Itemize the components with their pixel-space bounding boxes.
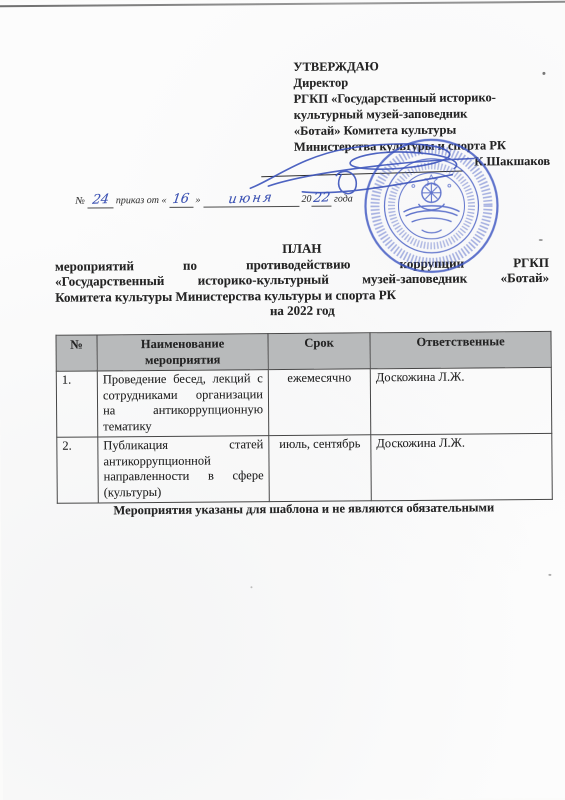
handwritten-order-number: 24 <box>91 195 109 206</box>
row-number-cell: 1. <box>56 371 98 437</box>
table-row: 1. Проведение бесед, лекций с сотрудника… <box>56 367 552 437</box>
scan-speck <box>542 72 545 75</box>
header-number: № <box>56 335 97 371</box>
scan-speck <box>548 574 551 576</box>
table-header-row: № Наименование мероприятия Срок Ответств… <box>56 331 551 371</box>
row-activity-cell: Проведение бесед, лекций с сотрудниками … <box>97 370 269 437</box>
header-term: Срок <box>268 333 370 370</box>
order-number-blank: 24 <box>87 195 113 208</box>
handwritten-day: 16 <box>172 194 190 205</box>
scan-speck <box>250 586 252 588</box>
document-page: УТВЕРЖДАЮ Директор РГКП «Государственный… <box>0 0 565 800</box>
row-number-cell: 2. <box>57 437 99 503</box>
row-responsible-cell: Доскожина Л.Ж. <box>371 433 553 500</box>
order-day-blank: 16 <box>169 195 193 208</box>
order-no-label: № <box>75 196 85 207</box>
scan-edge-line <box>0 1 565 8</box>
header-activity-name: Наименование мероприятия <box>97 334 268 371</box>
header-responsible: Ответственные <box>370 331 551 368</box>
table-row: 2. Публикация статей антикоррупционной н… <box>57 433 553 503</box>
order-middle-text: приказ от « <box>116 195 167 206</box>
scan-speck <box>539 239 543 241</box>
plan-table: № Наименование мероприятия Срок Ответств… <box>55 331 552 504</box>
row-activity-cell: Публикация статей антикоррупционной напр… <box>98 436 270 503</box>
row-term-cell: июль, сентябрь <box>269 435 372 502</box>
row-responsible-cell: Доскожина Л.Ж. <box>370 367 552 434</box>
template-footnote: Мероприятия указаны для шаблона и не явл… <box>57 500 551 519</box>
signature-scribble <box>244 132 483 206</box>
row-term-cell: ежемесячно <box>268 369 371 436</box>
order-close-quote: » <box>195 195 200 206</box>
